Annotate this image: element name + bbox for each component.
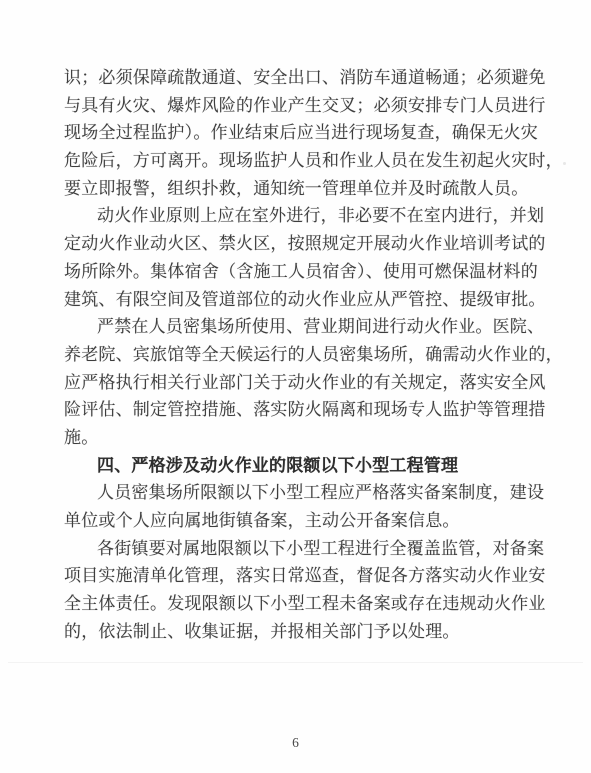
document-page: 识；必须保障疏散通道、安全出口、消防车通道畅通；必须避免与具有火灾、爆炸风险的作…	[0, 0, 591, 773]
text-line: 现场全过程监护）。作业结束后应当进行现场复查，确保无火灾	[64, 119, 538, 147]
section-heading: 四、严格涉及动火作业的限额以下小型工程管理	[64, 452, 538, 480]
text-line: 与具有火灾、爆炸风险的作业产生交叉；必须安排专门人员进行	[64, 92, 538, 120]
text-line: 定动火作业动火区、禁火区，按照规定开展动火作业培训考试的	[64, 230, 538, 258]
text-line: 动火作业原则上应在室外进行，非必要不在室内进行，并划	[64, 202, 538, 230]
body-paragraph: 动火作业原则上应在室外进行，非必要不在室内进行，并划定动火作业动火区、禁火区，按…	[64, 202, 538, 313]
page-number: 6	[0, 735, 591, 751]
text-line: 危险后，方可离开。现场监护人员和作业人员在发生初起火灾时，	[64, 147, 538, 175]
text-line: 要立即报警，组织扑救，通知统一管理单位并及时疏散人员。	[64, 175, 538, 203]
text-line: 人员密集场所限额以下小型工程应严格落实备案制度，建设	[64, 479, 538, 507]
document-body: 识；必须保障疏散通道、安全出口、消防车通道畅通；必须避免与具有火灾、爆炸风险的作…	[64, 64, 538, 645]
body-paragraph: 人员密集场所限额以下小型工程应严格落实备案制度，建设单位或个人应向属地街镇备案，…	[64, 479, 538, 534]
text-line: 场所除外。集体宿舍（含施工人员宿舍）、使用可燃保温材料的	[64, 258, 538, 286]
text-line: 建筑、有限空间及管道部位的动火作业应从严管控、提级审批。	[64, 286, 538, 314]
scan-artifact-streak	[8, 662, 583, 663]
body-paragraph: 严禁在人员密集场所使用、营业期间进行动火作业。医院、养老院、宾旅馆等全天候运行的…	[64, 313, 538, 451]
heading-text-line: 四、严格涉及动火作业的限额以下小型工程管理	[64, 452, 538, 480]
text-line: 项目实施清单化管理，落实日常巡查，督促各方落实动火作业安	[64, 562, 538, 590]
text-line: 各街镇要对属地限额以下小型工程进行全覆盖监管，对备案	[64, 535, 538, 563]
text-line: 应严格执行相关行业部门关于动火作业的有关规定，落实安全风	[64, 369, 538, 397]
text-line: 严禁在人员密集场所使用、营业期间进行动火作业。医院、	[64, 313, 538, 341]
scan-artifact-speck	[563, 162, 566, 165]
body-paragraph: 各街镇要对属地限额以下小型工程进行全覆盖监管，对备案项目实施清单化管理，落实日常…	[64, 535, 538, 646]
text-line: 的，依法制止、收集证据，并报相关部门予以处理。	[64, 618, 538, 646]
text-line: 全主体责任。发现限额以下小型工程未备案或存在违规动火作业	[64, 590, 538, 618]
text-line: 识；必须保障疏散通道、安全出口、消防车通道畅通；必须避免	[64, 64, 538, 92]
text-line: 险评估、制定管控措施、落实防火隔离和现场专人监护等管理措	[64, 396, 538, 424]
text-line: 施。	[64, 424, 538, 452]
body-paragraph: 识；必须保障疏散通道、安全出口、消防车通道畅通；必须避免与具有火灾、爆炸风险的作…	[64, 64, 538, 202]
text-line: 养老院、宾旅馆等全天候运行的人员密集场所，确需动火作业的，	[64, 341, 538, 369]
text-line: 单位或个人应向属地街镇备案，主动公开备案信息。	[64, 507, 538, 535]
